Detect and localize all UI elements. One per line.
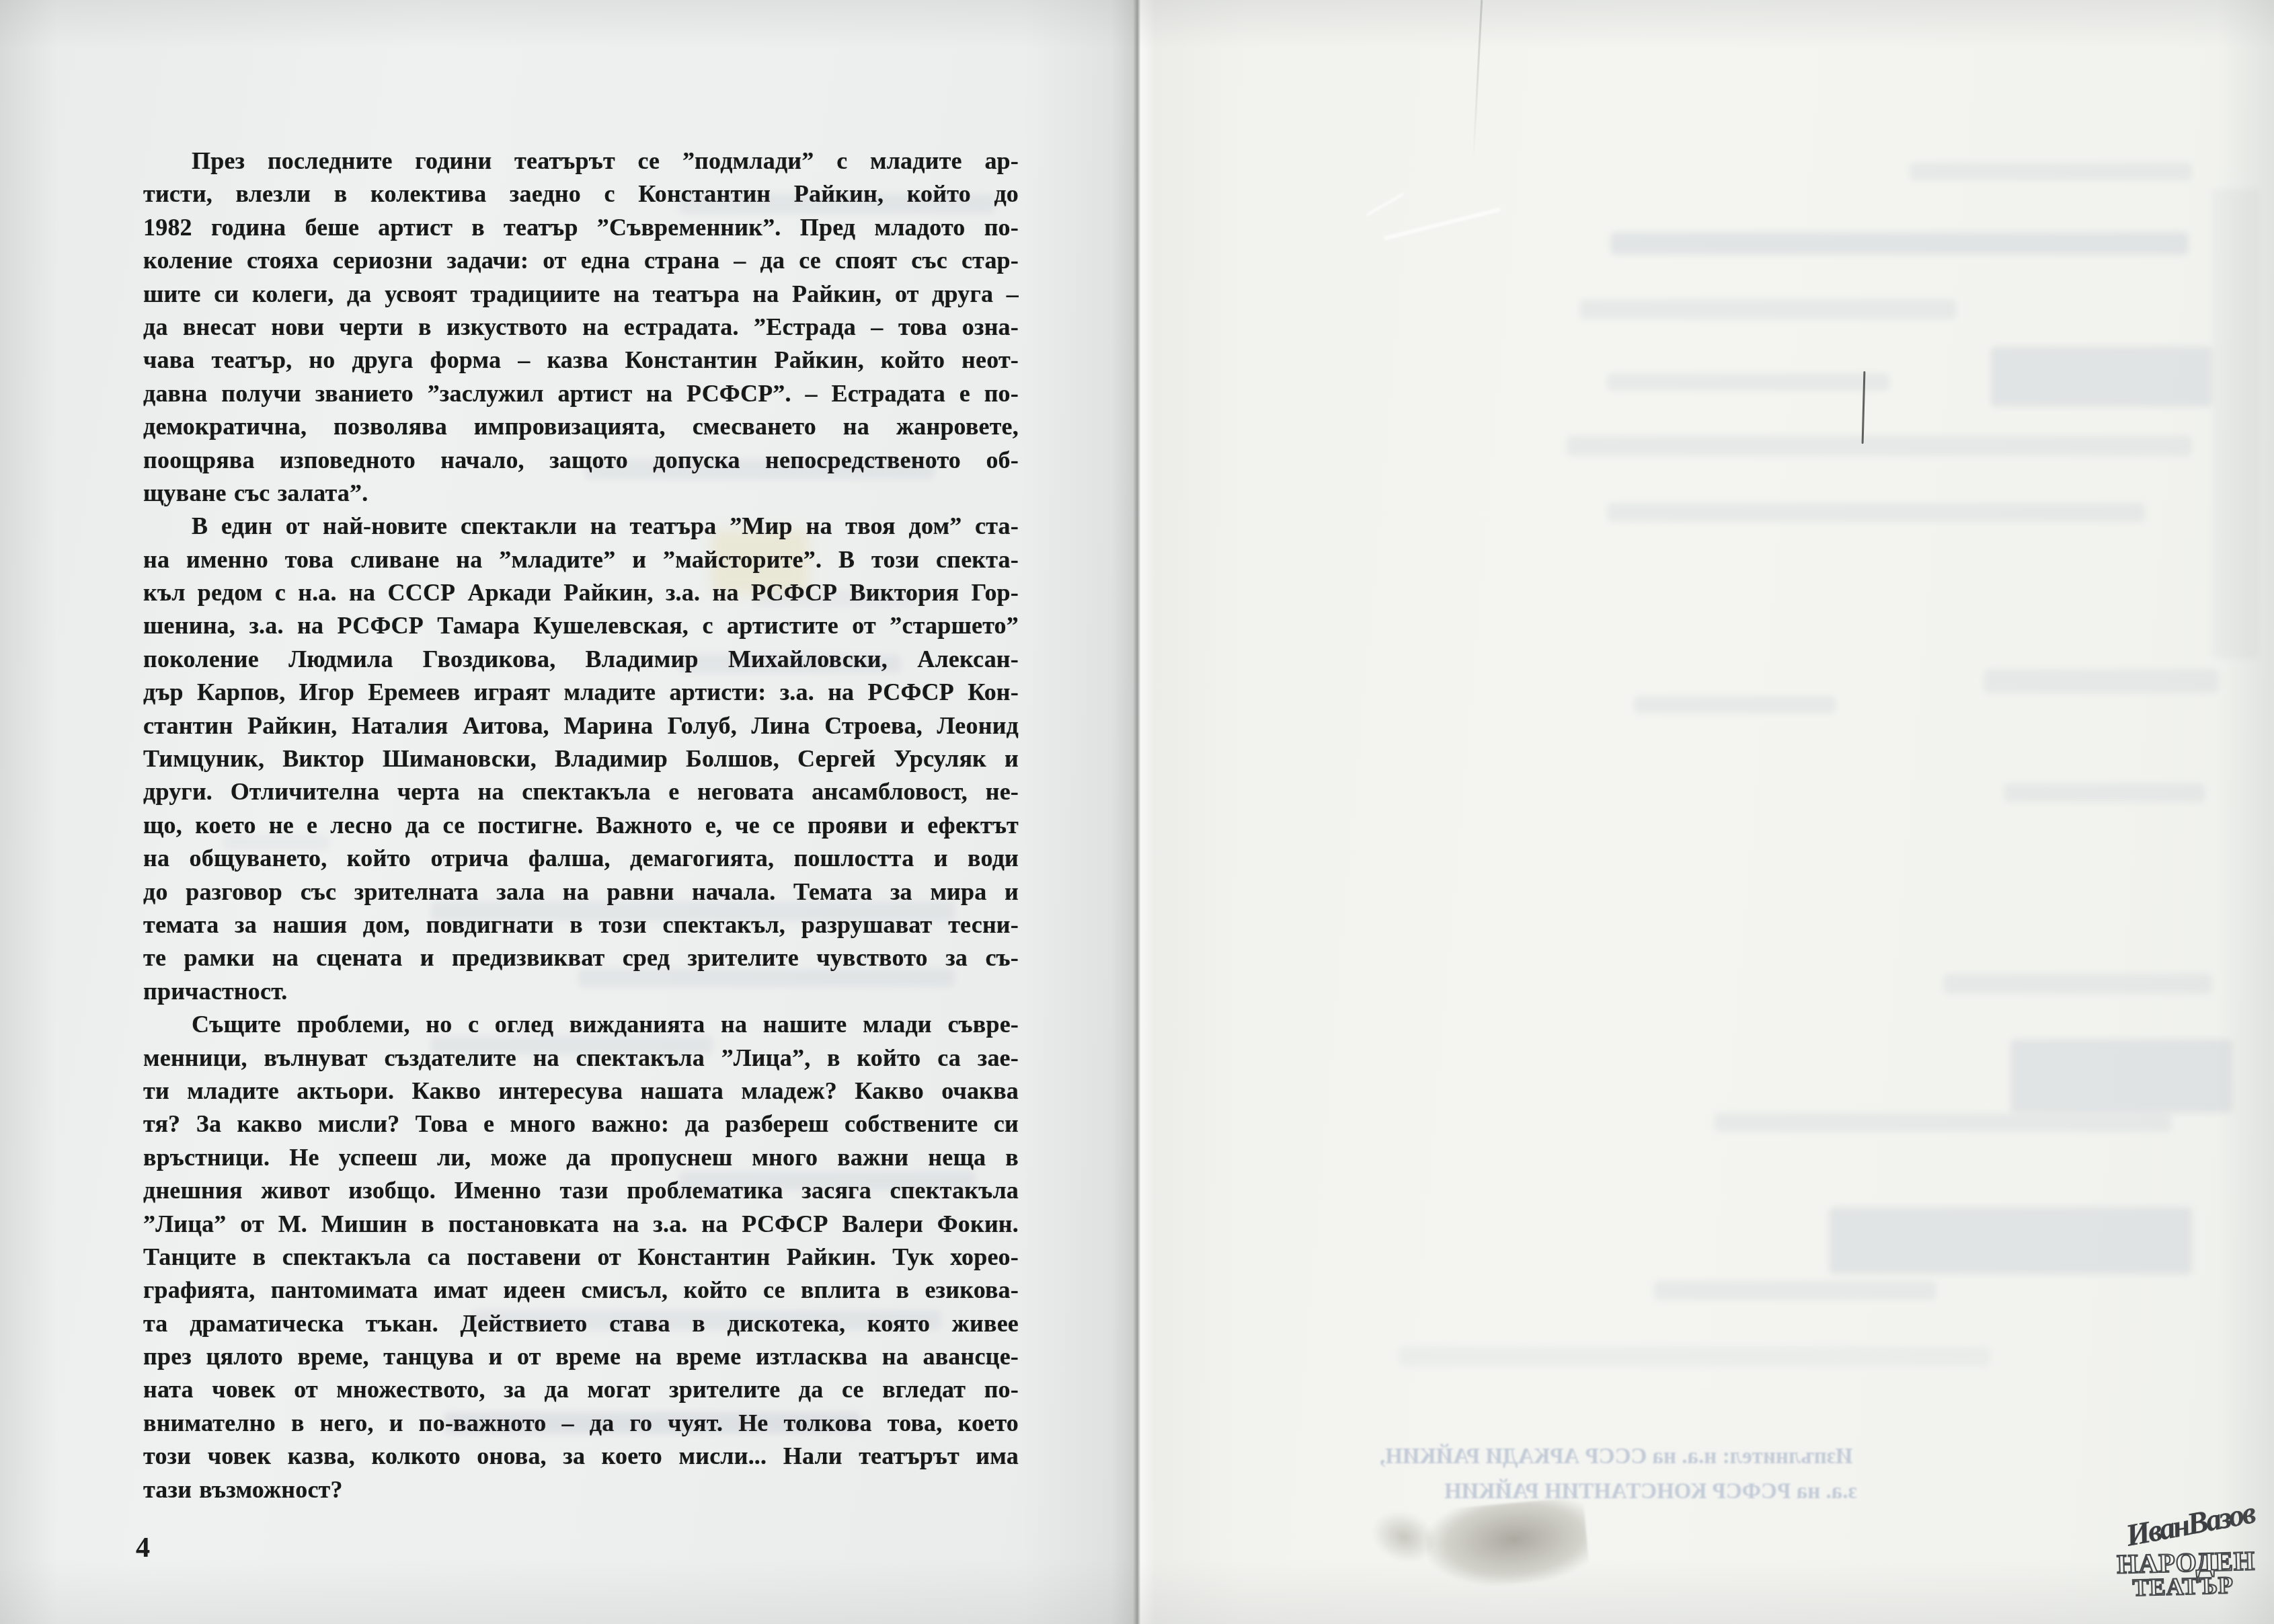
text-line: менници, вълнуват създателите на спектак…: [143, 1042, 1019, 1075]
scanned-booklet-spread: През последните години театърът се ”подм…: [0, 0, 2274, 1624]
left-page: През последните години театърът се ”подм…: [0, 0, 1138, 1624]
text-line: През последните години театърът се ”подм…: [143, 145, 1019, 178]
text-line: поколение Людмила Гвоздикова, Владимир М…: [143, 643, 1019, 676]
bleedthrough-mark: [1943, 974, 2212, 994]
text-line: на именно това сливане на ”младите” и ”м…: [143, 543, 1019, 576]
bleedthrough-mark: [2010, 1039, 2232, 1113]
bleedthrough-mark: [1607, 373, 1889, 391]
text-line: поощрява изповедното начало, защото допу…: [143, 444, 1019, 477]
theatre-stamp: ИванВазов НАРОДЕН ТЕАТЪР: [2115, 1503, 2249, 1600]
bleedthrough-mark: [2004, 783, 2205, 802]
bleedthrough-mark: [1984, 669, 2219, 693]
text-line: темата за нашия дом, повдигнати в този с…: [143, 908, 1019, 941]
text-line: коление стояха сериозни задачи: от една …: [143, 244, 1019, 277]
text-line: причастност.: [143, 975, 1019, 1008]
bleedthrough-mark: [1399, 1346, 1990, 1366]
bleedthrough-mark: [1910, 163, 2192, 180]
text-line: що, което не е лесно да се постигне. Важ…: [143, 809, 1019, 842]
bleedthrough-mark: [1567, 436, 2192, 456]
bleedthrough-mark: [1654, 1281, 1936, 1300]
text-line: шенина, з.а. на РСФСР Тамара Кушелевская…: [143, 609, 1019, 642]
stamp-line-2: ТЕАТЪР: [2117, 1570, 2249, 1602]
text-line: Тимцуник, Виктор Шимановски, Владимир Бо…: [143, 742, 1019, 775]
right-page: Спектакълът на Държавния театър на миниа…: [1138, 0, 2274, 1624]
text-line: през цялото време, танцува и от време на…: [143, 1340, 1019, 1373]
text-line: Танците в спектакъла са поставени от Кон…: [143, 1241, 1019, 1274]
bleedthrough-mark: [1580, 299, 1957, 319]
bleedthrough-mark: [1829, 1207, 2192, 1274]
bleedthrough-mark: [1990, 346, 2212, 407]
bleedthrough-mark: [1715, 1113, 2172, 1132]
text-line: графията, пантомимата имат идеен смисъл,…: [143, 1274, 1019, 1307]
text-line: давна получи званието ”заслужил артист н…: [143, 377, 1019, 410]
page-number-left: 4: [136, 1532, 150, 1564]
text-line: чава театър, но друга форма – казва Конс…: [143, 344, 1019, 377]
text-line: днешния живот изобщо. Именно тази пробле…: [143, 1174, 1019, 1207]
text-line: шите си колеги, да усвоят традициите на …: [143, 278, 1019, 311]
bleedthrough-mark: [1607, 503, 2145, 522]
text-line: тя? За какво мисли? Това е много важно: …: [143, 1108, 1019, 1140]
text-line: тисти, влезли в колектива заедно с Конст…: [143, 178, 1019, 210]
left-page-text: През последните години театърът се ”подм…: [143, 145, 1019, 1506]
text-line: да внесат нови черти в изкуството на ест…: [143, 311, 1019, 344]
text-line: стантин Райкин, Наталия Аитова, Марина Г…: [143, 709, 1019, 742]
text-line: ната човек от множеството, за да могат з…: [143, 1373, 1019, 1406]
text-line: връстници. Не успееш ли, може да пропусн…: [143, 1141, 1019, 1174]
text-line: щуване със залата”.: [143, 477, 1019, 510]
bleedthrough-mark: [1610, 232, 2189, 255]
text-line: други. Отличителна черта на спектакъла е…: [143, 775, 1019, 808]
text-line: този човек казва, колкото онова, за коет…: [143, 1440, 1019, 1473]
text-line: 1982 година беше артист в театър ”Съврем…: [143, 211, 1019, 244]
text-line: Същите проблеми, но с оглед вижданията н…: [143, 1008, 1019, 1041]
text-line: демократична, позволява импровизацията, …: [143, 410, 1019, 443]
text-line: те рамки на сцената и предизвикват сред …: [143, 941, 1019, 974]
text-line: къл редом с н.а. на СССР Аркади Райкин, …: [143, 576, 1019, 609]
text-line: В един от най-новите спектакли на театър…: [143, 510, 1019, 543]
text-line: дър Карпов, Игор Еремеев играят младите …: [143, 676, 1019, 709]
text-line: ”Лица” от М. Мишин в постановката на з.а…: [143, 1208, 1019, 1241]
text-line: внимателно в него, и по-важното – да го …: [143, 1407, 1019, 1440]
text-line: та драматическа тъкан. Действието става …: [143, 1307, 1019, 1340]
text-line: до разговор със зрителната зала на равни…: [143, 876, 1019, 908]
text-line: ти младите актьори. Какво интересува наш…: [143, 1075, 1019, 1108]
text-line: на общуването, който отрича фалша, демаг…: [143, 842, 1019, 875]
bleedthrough-mark: [2212, 188, 2259, 659]
text-line: тази възможност?: [143, 1473, 1019, 1506]
bleedthrough-mark: [1634, 696, 1836, 713]
